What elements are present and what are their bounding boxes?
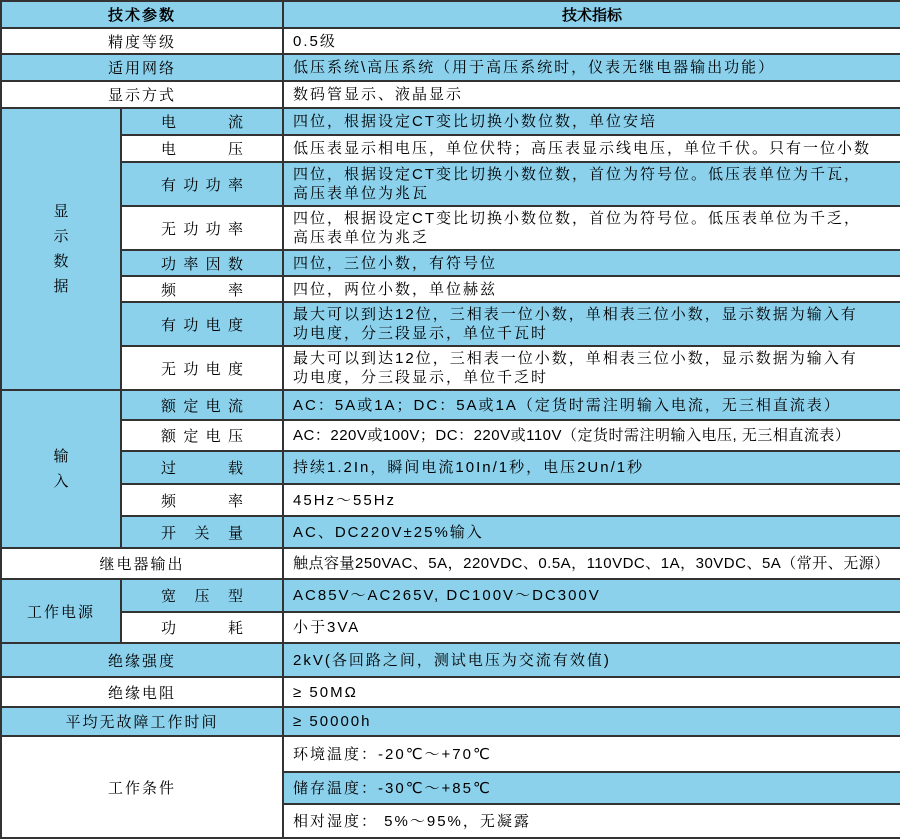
power-factor-label-text: 功率因数 (161, 253, 243, 274)
relay-output-label: 继电器输出 (1, 548, 283, 579)
active-energy-label-text: 有功电度 (161, 314, 243, 335)
insulation-strength-value: 2kV(各回路之间，测试电压为交流有效值) (283, 643, 900, 677)
header-indicator: 技术指标 (283, 1, 900, 28)
table-row: 开关量 AC、DC220V±25%输入 (1, 516, 900, 548)
voltage-label-text: 电压 (161, 138, 243, 159)
table-row: 技术参数 技术指标 (1, 1, 900, 28)
current-value: 四位，根据设定CT变比切换小数位数，单位安培 (283, 108, 900, 135)
active-energy-value: 最大可以到达12位，三相表一位小数，单相表三位小数，显示数据为输入有 功电度，分… (283, 302, 900, 346)
voltage-value: 低压表显示相电压，单位伏特；高压表显示线电压，单位千伏。只有一位小数 (283, 135, 900, 162)
reactive-power-value: 四位，根据设定CT变比切换小数位数，首位为符号位。低压表单位为千乏， 高压表单位… (283, 206, 900, 250)
overload-label: 过载 (121, 451, 283, 484)
wide-voltage-label-text: 宽压型 (161, 585, 243, 606)
current-label-text: 电流 (161, 111, 243, 132)
reactive-energy-value: 最大可以到达12位，三相表一位小数，单相表三位小数，显示数据为输入有 功电度，分… (283, 346, 900, 390)
table-row: 显示数据 电流 四位，根据设定CT变比切换小数位数，单位安培 (1, 108, 900, 135)
table-row: 有功功率 四位，根据设定CT变比切换小数位数，首位为符号位。低压表单位为千瓦， … (1, 162, 900, 206)
consumption-label: 功耗 (121, 612, 283, 643)
section-power-supply: 工作电源 (1, 579, 121, 643)
input-frequency-value: 45Hz～55Hz (283, 484, 900, 516)
rated-voltage-value: AC：220V或100V；DC：220V或110V（定货时需注明输入电压, 无三… (283, 420, 900, 451)
wide-voltage-value: AC85V～AC265V, DC100V～DC300V (283, 579, 900, 612)
table-row: 绝缘电阻 ≥ 50MΩ (1, 677, 900, 707)
insulation-strength-label: 绝缘强度 (1, 643, 283, 677)
table-row: 功耗 小于3VA (1, 612, 900, 643)
table-row: 过载 持续1.2In，瞬间电流10In/1秒，电压2Un/1秒 (1, 451, 900, 484)
storage-temp-value: 储存温度：-30℃～+85℃ (283, 772, 900, 804)
spec-table: 技术参数 技术指标 精度等级 0.5级 适用网络 低压系统\高压系统（用于高压系… (0, 0, 900, 839)
insulation-resistance-value: ≥ 50MΩ (283, 677, 900, 707)
table-row: 输入 额定电流 AC：5A或1A；DC：5A或1A（定货时需注明输入电流，无三相… (1, 390, 900, 420)
table-row: 额定电压 AC：220V或100V；DC：220V或110V（定货时需注明输入电… (1, 420, 900, 451)
table-row: 工作条件 环境温度：-20℃～+70℃ (1, 736, 900, 772)
header-param: 技术参数 (1, 1, 283, 28)
section-input-label: 输入 (53, 444, 70, 494)
network-value: 低压系统\高压系统（用于高压系统时，仪表无继电器输出功能） (283, 54, 900, 81)
wide-voltage-label: 宽压型 (121, 579, 283, 612)
accuracy-label: 精度等级 (1, 28, 283, 54)
table-row: 频率 45Hz～55Hz (1, 484, 900, 516)
table-row: 继电器输出 触点容量250VAC、5A，220VDC、0.5A，110VDC、1… (1, 548, 900, 579)
frequency-label-text: 频率 (161, 279, 243, 300)
table-row: 适用网络 低压系统\高压系统（用于高压系统时，仪表无继电器输出功能） (1, 54, 900, 81)
input-frequency-label-text: 频率 (161, 490, 243, 511)
reactive-energy-label: 无功电度 (121, 346, 283, 390)
power-factor-value: 四位，三位小数，有符号位 (283, 250, 900, 276)
ambient-temp-value: 环境温度：-20℃～+70℃ (283, 736, 900, 772)
table-row: 无功功率 四位，根据设定CT变比切换小数位数，首位为符号位。低压表单位为千乏， … (1, 206, 900, 250)
overload-value: 持续1.2In，瞬间电流10In/1秒，电压2Un/1秒 (283, 451, 900, 484)
mtbf-label: 平均无故障工作时间 (1, 707, 283, 736)
active-power-label-text: 有功功率 (161, 174, 243, 195)
display-mode-value: 数码管显示、液晶显示 (283, 81, 900, 108)
reactive-power-label: 无功功率 (121, 206, 283, 250)
table-row: 平均无故障工作时间 ≥ 50000h (1, 707, 900, 736)
rated-voltage-label-text: 额定电压 (161, 425, 243, 446)
consumption-value: 小于3VA (283, 612, 900, 643)
active-energy-label: 有功电度 (121, 302, 283, 346)
section-display-data: 显示数据 (1, 108, 121, 390)
rated-current-label-text: 额定电流 (161, 395, 243, 416)
current-label: 电流 (121, 108, 283, 135)
reactive-power-label-text: 无功功率 (161, 218, 243, 239)
mtbf-value: ≥ 50000h (283, 707, 900, 736)
network-label: 适用网络 (1, 54, 283, 81)
table-row: 绝缘强度 2kV(各回路之间，测试电压为交流有效值) (1, 643, 900, 677)
rated-voltage-label: 额定电压 (121, 420, 283, 451)
table-row: 有功电度 最大可以到达12位，三相表一位小数，单相表三位小数，显示数据为输入有 … (1, 302, 900, 346)
input-frequency-label: 频率 (121, 484, 283, 516)
humidity-value: 相对湿度： 5%～95%，无凝露 (283, 804, 900, 838)
power-factor-label: 功率因数 (121, 250, 283, 276)
section-input: 输入 (1, 390, 121, 548)
display-mode-label: 显示方式 (1, 81, 283, 108)
consumption-label-text: 功耗 (161, 617, 243, 638)
table-row: 无功电度 最大可以到达12位，三相表一位小数，单相表三位小数，显示数据为输入有 … (1, 346, 900, 390)
table-row: 显示方式 数码管显示、液晶显示 (1, 81, 900, 108)
table-row: 频率 四位，两位小数，单位赫兹 (1, 276, 900, 302)
frequency-value: 四位，两位小数，单位赫兹 (283, 276, 900, 302)
section-work-conditions: 工作条件 (1, 736, 283, 838)
table-row: 功率因数 四位，三位小数，有符号位 (1, 250, 900, 276)
voltage-label: 电压 (121, 135, 283, 162)
table-row: 电压 低压表显示相电压，单位伏特；高压表显示线电压，单位千伏。只有一位小数 (1, 135, 900, 162)
rated-current-value: AC：5A或1A；DC：5A或1A（定货时需注明输入电流，无三相直流表） (283, 390, 900, 420)
switch-input-value: AC、DC220V±25%输入 (283, 516, 900, 548)
section-display-data-label: 显示数据 (53, 199, 70, 299)
active-power-value: 四位，根据设定CT变比切换小数位数，首位为符号位。低压表单位为千瓦， 高压表单位… (283, 162, 900, 206)
table-row: 工作电源 宽压型 AC85V～AC265V, DC100V～DC300V (1, 579, 900, 612)
insulation-resistance-label: 绝缘电阻 (1, 677, 283, 707)
frequency-label: 频率 (121, 276, 283, 302)
switch-input-label: 开关量 (121, 516, 283, 548)
rated-current-label: 额定电流 (121, 390, 283, 420)
accuracy-value: 0.5级 (283, 28, 900, 54)
switch-input-label-text: 开关量 (161, 522, 243, 543)
overload-label-text: 过载 (161, 457, 243, 478)
active-power-label: 有功功率 (121, 162, 283, 206)
reactive-energy-label-text: 无功电度 (161, 358, 243, 379)
relay-output-value: 触点容量250VAC、5A，220VDC、0.5A，110VDC、1A，30VD… (283, 548, 900, 579)
table-row: 精度等级 0.5级 (1, 28, 900, 54)
